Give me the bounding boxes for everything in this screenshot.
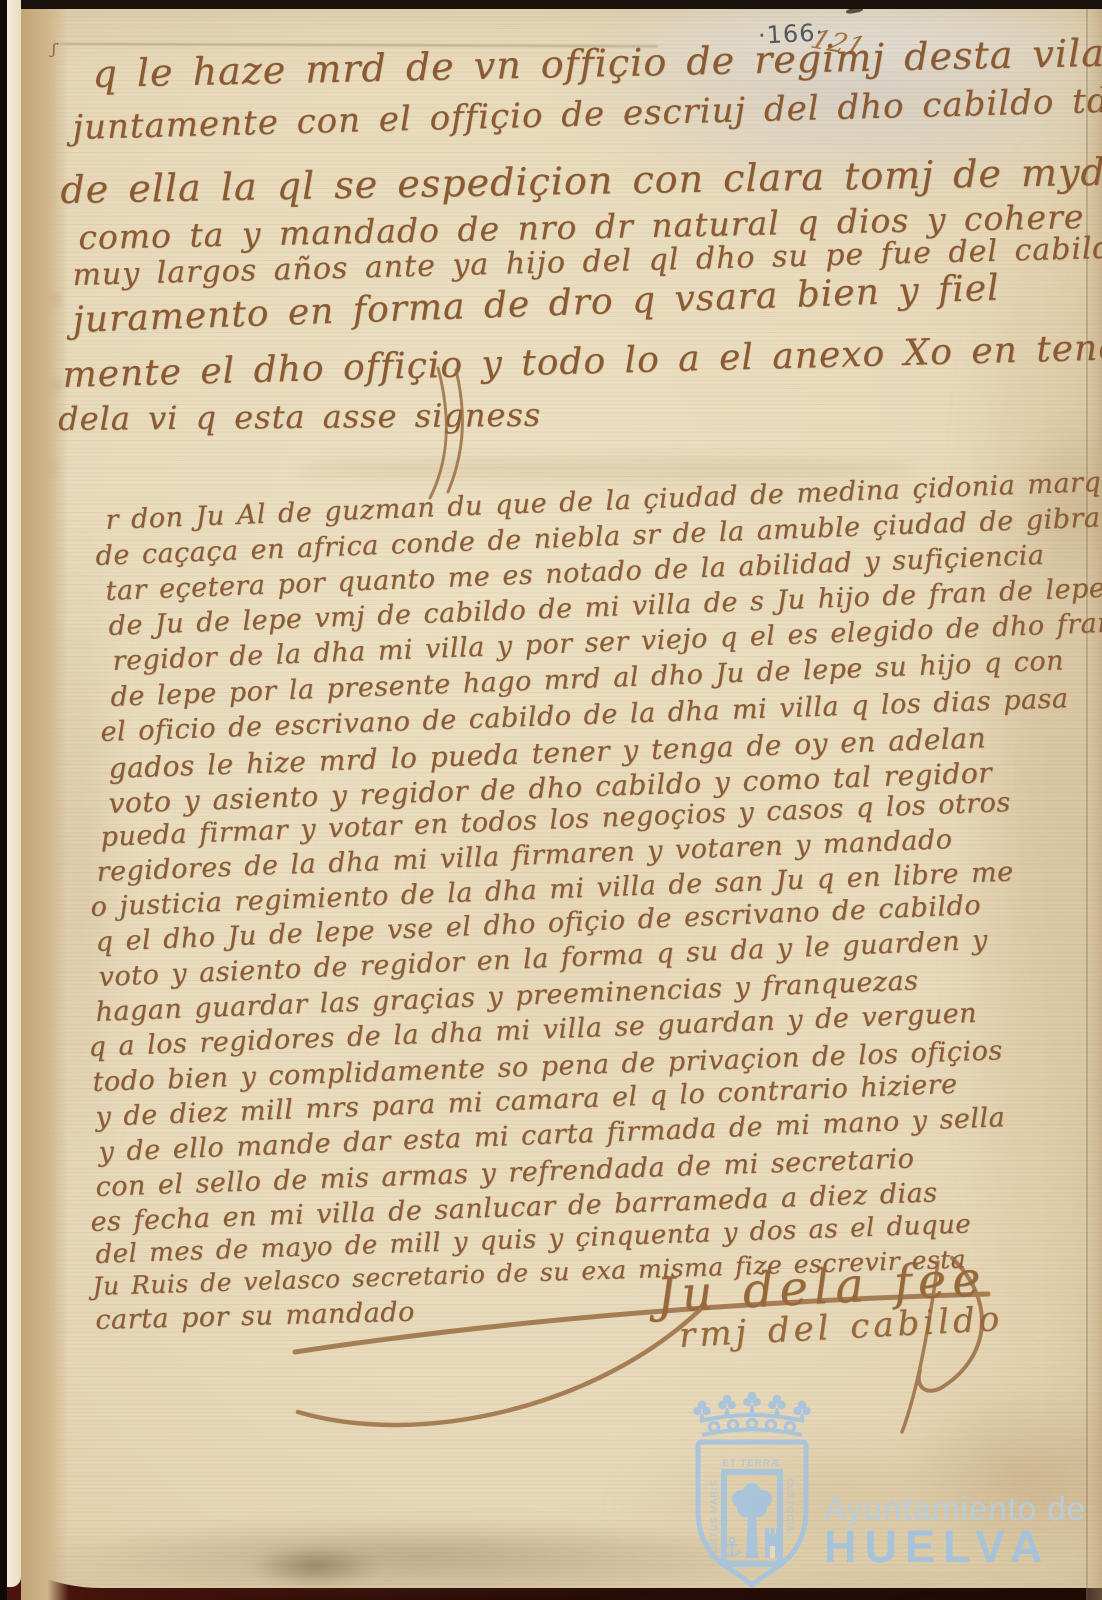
scan-edge-left xyxy=(0,0,7,1600)
manuscript-line: carta por su mandado xyxy=(95,1297,415,1336)
underlying-page-edge xyxy=(7,0,21,1587)
handwritten-text-layer: q le haze mrd de vn offiçio de regimj de… xyxy=(0,0,1102,1600)
manuscript-line: dela vi q esta asse signess xyxy=(58,396,541,438)
manuscript-line: mente el dho offiçio y todo lo a el anex… xyxy=(62,326,1102,396)
manuscript-scan: ·166· 121 ʃ q le haze mrd de vn offiçio … xyxy=(0,0,1102,1600)
scan-edge-top xyxy=(0,0,1102,9)
